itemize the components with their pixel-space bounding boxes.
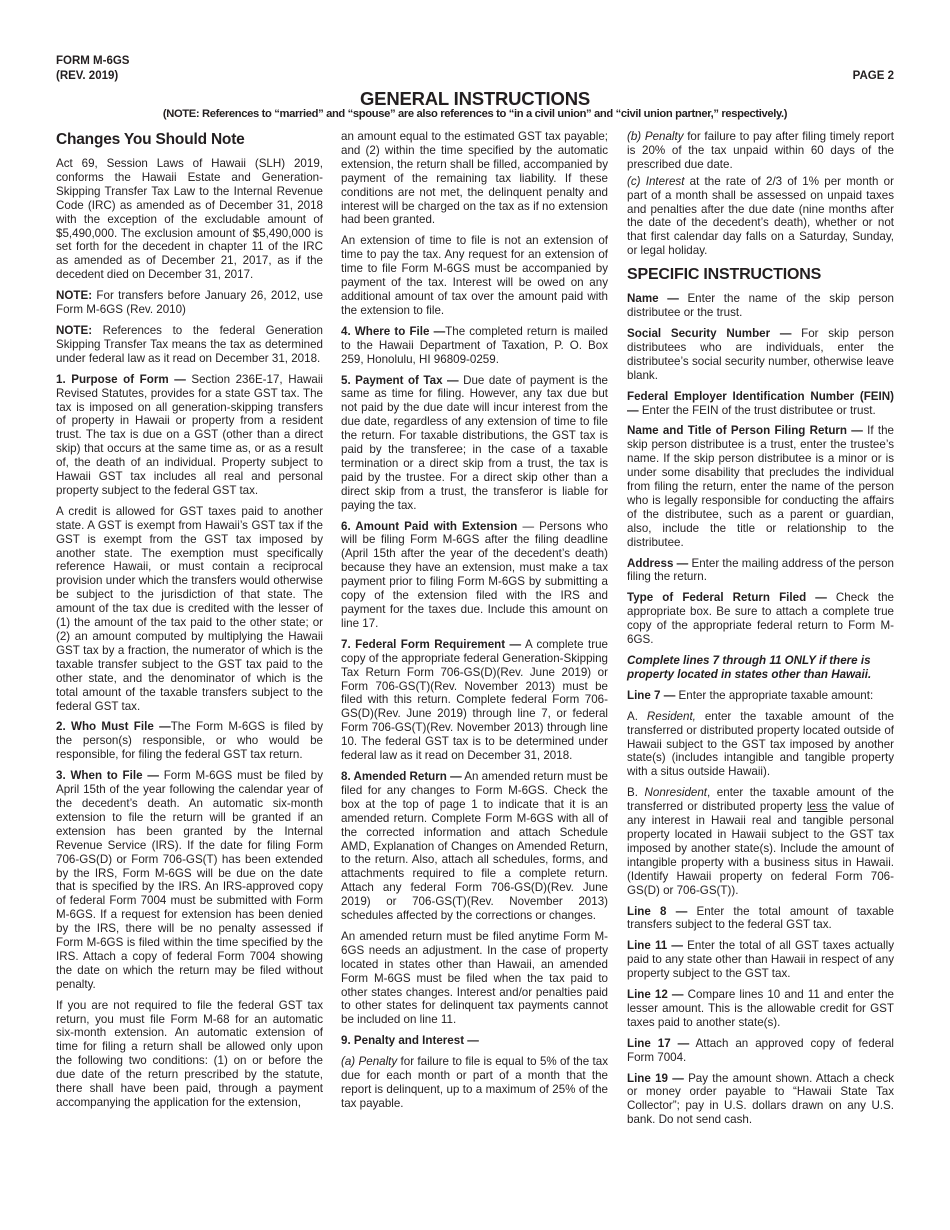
penalty-label: (a) Penalty (341, 1055, 397, 1068)
penalty-failure-to-file: (a) Penalty for failure to file is equal… (341, 1055, 608, 1111)
instruction-name: Name — Enter the name of the skip person… (627, 292, 894, 320)
note-label: NOTE: (56, 289, 92, 302)
section-penalty-and-interest: 9. Penalty and Interest — (341, 1034, 608, 1048)
section-label: 1. Purpose of Form — (56, 373, 186, 386)
field-label: Social Security Number — (627, 327, 791, 340)
section-label: 9. Penalty and Interest — (341, 1034, 479, 1047)
instruction-address: Address — Enter the mailing address of t… (627, 557, 894, 585)
section-label: 6. Amount Paid with Extension (341, 520, 517, 533)
instruction-line-17: Line 17 — Attach an approved copy of fed… (627, 1037, 894, 1065)
line-label: Line 17 — (627, 1037, 689, 1050)
line-label: Line 8 — (627, 905, 687, 918)
instruction-line-12: Line 12 — Compare lines 10 and 11 and en… (627, 988, 894, 1030)
instruction-line-7: Line 7 — Enter the appropriate taxable a… (627, 689, 894, 703)
field-label: Name — (627, 292, 679, 305)
extension-conditions-paragraph: an amount equal to the estimated GST tax… (341, 130, 608, 227)
line-label: Line 7 — (627, 689, 675, 702)
form-name: FORM M-6GS (56, 54, 129, 69)
instruction-line-8: Line 8 — Enter the total amount of taxab… (627, 905, 894, 933)
extension-not-payment-paragraph: An extension of time to file is not an e… (341, 234, 608, 317)
section-where-to-file: 4. Where to File —The completed return i… (341, 325, 608, 367)
section-label: 2. Who Must File — (56, 720, 171, 733)
instruction-line-19: Line 19 — Pay the amount shown. Attach a… (627, 1072, 894, 1128)
penalty-failure-to-pay: (b) Penalty for failure to pay after fil… (627, 130, 894, 172)
section-payment-of-tax: 5. Payment of Tax — Due date of payment … (341, 374, 608, 513)
column-1: Changes You Should Note Act 69, Session … (56, 130, 323, 1117)
section-when-to-file: 3. When to File — Form M-6GS must be fil… (56, 769, 323, 992)
column-2: an amount equal to the estimated GST tax… (341, 130, 608, 1118)
form-revision: (REV. 2019) (56, 69, 129, 84)
section-federal-form-requirement: 7. Federal Form Requirement — A complete… (341, 638, 608, 763)
field-label: Name and Title of Person Filing Return — (627, 424, 863, 437)
interest-label: (c) Interest (627, 175, 684, 188)
instruction-fein: Federal Employer Identification Number (… (627, 390, 894, 418)
line-label: Line 19 — (627, 1072, 684, 1085)
credit-paragraph: A credit is allowed for GST taxes paid t… (56, 505, 323, 714)
line-label: Line 11 — (627, 939, 683, 952)
section-label: 4. Where to File — (341, 325, 445, 338)
instruction-federal-return-type: Type of Federal Return Filed — Check the… (627, 591, 894, 647)
instruction-line-7a-resident: A. Resident, enter the taxable amount of… (627, 710, 894, 780)
section-purpose-of-form: 1. Purpose of Form — Section 236E-17, Ha… (56, 373, 323, 498)
line-label: Line 12 — (627, 988, 684, 1001)
lines-7-11-note: Complete lines 7 through 11 ONLY if ther… (627, 654, 894, 682)
section-label: 3. When to File — (56, 769, 159, 782)
field-label: Type of Federal Return Filed — (627, 591, 827, 604)
note-transfers: NOTE: For transfers before January 26, 2… (56, 289, 323, 317)
field-label: Address — (627, 557, 688, 570)
instruction-filer-name-title: Name and Title of Person Filing Return —… (627, 424, 894, 549)
note-federal-gst: NOTE: References to the federal Generati… (56, 324, 323, 366)
section-label: 5. Payment of Tax — (341, 374, 459, 387)
instruction-line-11: Line 11 — Enter the total of all GST tax… (627, 939, 894, 981)
changes-paragraph: Act 69, Session Laws of Hawaii (SLH) 201… (56, 157, 323, 282)
section-label: 8. Amended Return — (341, 770, 462, 783)
page-number: PAGE 2 (853, 69, 894, 84)
column-3: (b) Penalty for failure to pay after fil… (627, 130, 894, 1134)
penalty-label: (b) Penalty (627, 130, 684, 143)
form-identifier: FORM M-6GS (REV. 2019) (56, 54, 129, 84)
section-amended-return: 8. Amended Return — An amended return mu… (341, 770, 608, 923)
m68-extension-paragraph: If you are not required to file the fede… (56, 999, 323, 1110)
section-label: 7. Federal Form Requirement — (341, 638, 521, 651)
specific-instructions-heading: SPECIFIC INSTRUCTIONS (627, 265, 894, 285)
changes-heading: Changes You Should Note (56, 130, 323, 150)
amended-adjustment-paragraph: An amended return must be filed anytime … (341, 930, 608, 1027)
instruction-line-7b-nonresident: B. Nonresident, enter the taxable amount… (627, 786, 894, 897)
section-amount-paid-with-extension: 6. Amount Paid with Extension — Persons … (341, 520, 608, 631)
instruction-ssn: Social Security Number — For skip person… (627, 327, 894, 383)
section-who-must-file: 2. Who Must File —The Form M-6GS is file… (56, 720, 323, 762)
note-label: NOTE: (56, 324, 92, 337)
civil-union-note: (NOTE: References to “married” and “spou… (0, 108, 950, 120)
page-title: GENERAL INSTRUCTIONS (0, 88, 950, 110)
interest-rate-paragraph: (c) Interest at the rate of 2/3 of 1% pe… (627, 175, 894, 258)
